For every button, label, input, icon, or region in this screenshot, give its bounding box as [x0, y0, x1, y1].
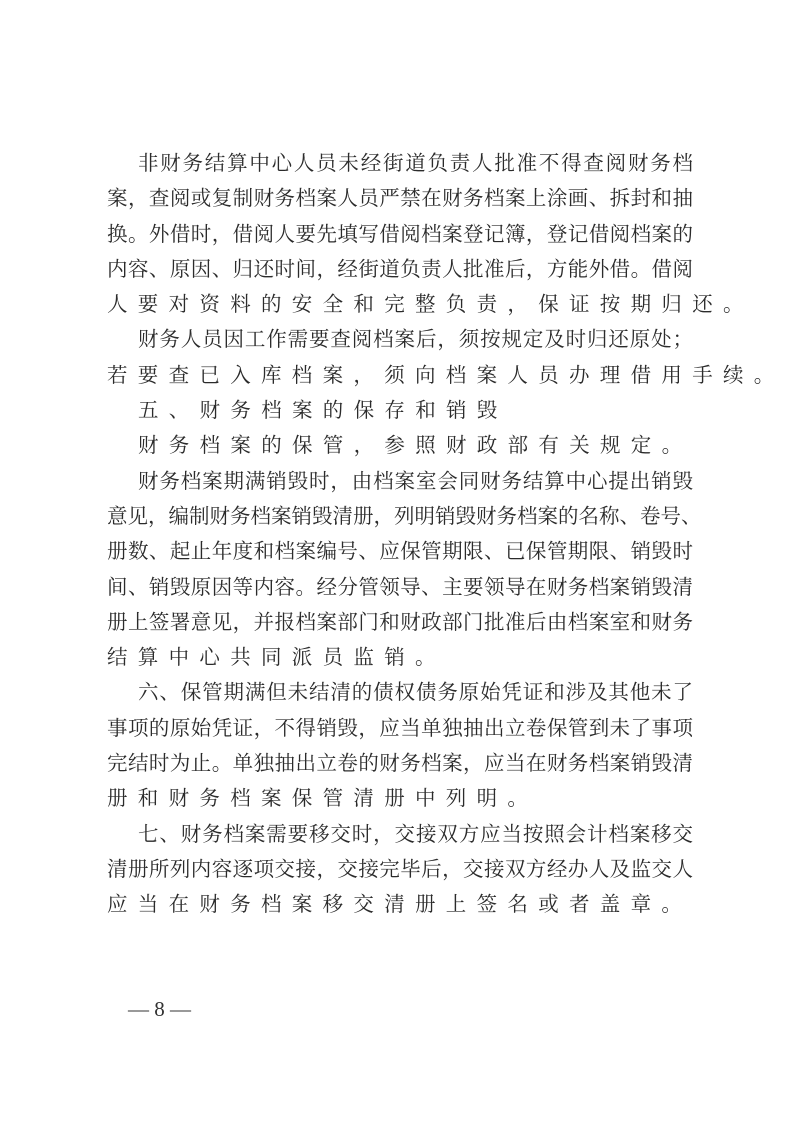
text-line: 非财务结算中心人员未经街道负责人批准不得查阅财务档 — [107, 146, 693, 181]
text-line: 换。外借时，借阅人要先填写借阅档案登记簿，登记借阅档案的 — [107, 217, 693, 252]
text-line: 若要查已入库档案，须向档案人员办理借用手续。 — [107, 358, 693, 393]
paragraph-item-six: 六、保管期满但未结清的债权债务原始凭证和涉及其他未了 事项的原始凭证，不得销毁，… — [107, 675, 693, 816]
text-line: 应当在财务档案移交清册上签名或者盖章。 — [107, 887, 693, 922]
text-line: 财务档案期满销毁时，由档案室会同财务结算中心提出销毁 — [107, 464, 693, 499]
document-page: 非财务结算中心人员未经街道负责人批准不得查阅财务档 案，查阅或复制财务档案人员严… — [0, 0, 793, 1122]
text-line: 清册所列内容逐项交接，交接完毕后，交接双方经办人及监交人 — [107, 852, 693, 887]
heading-text: 五、财务档案的保存和销毁 — [107, 393, 693, 428]
text-line: 结算中心共同派员监销。 — [107, 640, 693, 675]
paragraph-borrowing-rules: 非财务结算中心人员未经街道负责人批准不得查阅财务档 案，查阅或复制财务档案人员严… — [107, 146, 693, 322]
text-line: 内容、原因、归还时间，经街道负责人批准后，方能外借。借阅 — [107, 252, 693, 287]
text-line: 完结时为止。单独抽出立卷的财务档案，应当在财务档案销毁清 — [107, 746, 693, 781]
text-line: 事项的原始凭证，不得销毁，应当单独抽出立卷保管到未了事项 — [107, 711, 693, 746]
text-line: 册和财务档案保管清册中列明。 — [107, 781, 693, 816]
text-line: 案，查阅或复制财务档案人员严禁在财务档案上涂画、拆封和抽 — [107, 181, 693, 216]
paragraph-storage-reference: 财务档案的保管，参照财政部有关规定。 — [107, 428, 693, 463]
section-heading-five: 五、财务档案的保存和销毁 — [107, 393, 693, 428]
paragraph-item-seven: 七、财务档案需要移交时，交接双方应当按照会计档案移交 清册所列内容逐项交接，交接… — [107, 817, 693, 923]
document-body: 非财务结算中心人员未经街道负责人批准不得查阅财务档 案，查阅或复制财务档案人员严… — [107, 146, 693, 923]
paragraph-destruction-procedure: 财务档案期满销毁时，由档案室会同财务结算中心提出销毁 意见，编制财务档案销毁清册… — [107, 464, 693, 676]
text-line: 册上签署意见，并报档案部门和财政部门批准后由档案室和财务 — [107, 605, 693, 640]
text-line: 七、财务档案需要移交时，交接双方应当按照会计档案移交 — [107, 817, 693, 852]
text-line: 财务人员因工作需要查阅档案后，须按规定及时归还原处； — [107, 322, 693, 357]
text-line: 册数、起止年度和档案编号、应保管期限、已保管期限、销毁时 — [107, 534, 693, 569]
page-number: — 8 — — [128, 997, 191, 1022]
text-line: 六、保管期满但未结清的债权债务原始凭证和涉及其他未了 — [107, 675, 693, 710]
text-line: 财务档案的保管，参照财政部有关规定。 — [107, 428, 693, 463]
text-line: 人要对资料的安全和完整负责，保证按期归还。 — [107, 287, 693, 322]
text-line: 间、销毁原因等内容。经分管领导、主要领导在财务档案销毁清 — [107, 570, 693, 605]
paragraph-staff-return: 财务人员因工作需要查阅档案后，须按规定及时归还原处； 若要查已入库档案，须向档案… — [107, 322, 693, 393]
text-line: 意见，编制财务档案销毁清册，列明销毁财务档案的名称、卷号、 — [107, 499, 693, 534]
